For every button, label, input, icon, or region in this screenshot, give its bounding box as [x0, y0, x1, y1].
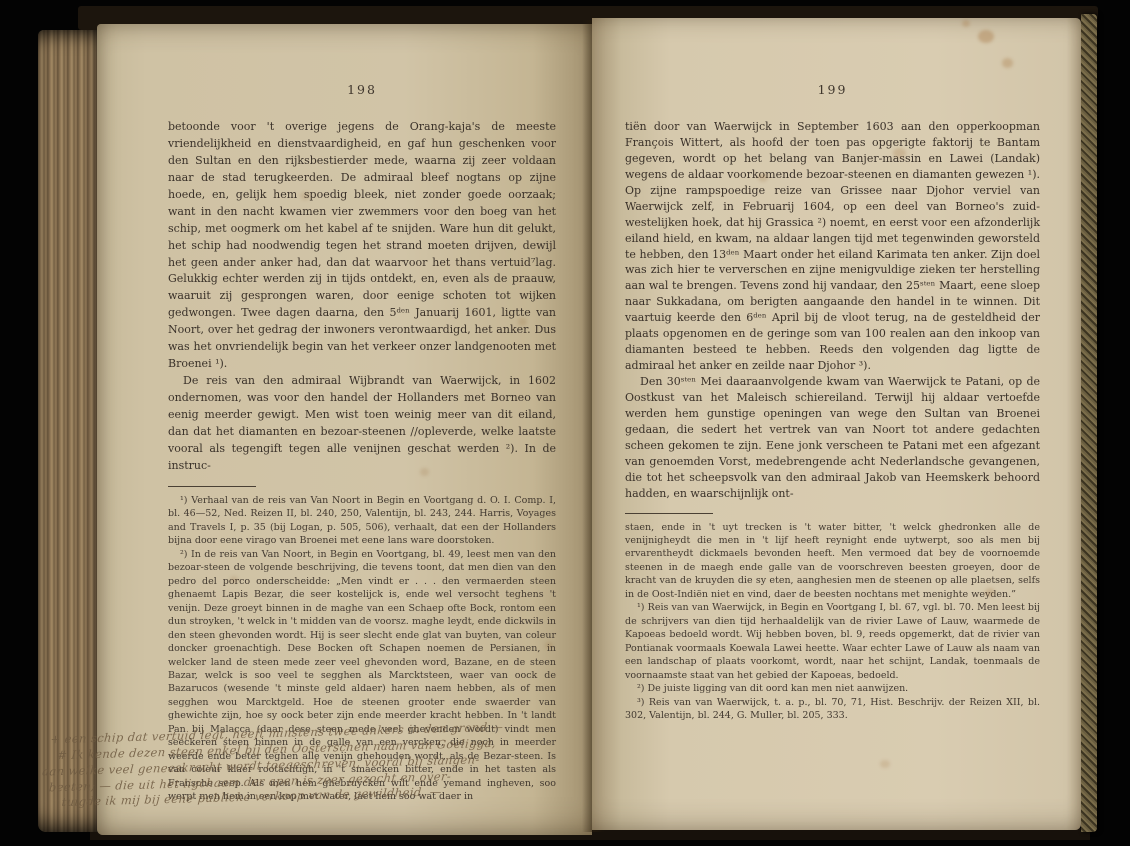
right-page: 199 tiën door van Waerwijck in September… [592, 18, 1081, 830]
body-paragraph: De reis van den admiraal Wijbrandt van W… [168, 373, 556, 475]
footnote-separator-rule [168, 486, 256, 487]
foxing-stain [985, 588, 995, 597]
foxing-stain [700, 305, 708, 313]
foxing-stain [893, 148, 906, 158]
handwritten-annotation: + een schip dat vertuid legt, heeft mins… [45, 720, 506, 812]
foxing-stain [230, 576, 238, 583]
foxing-stain [880, 760, 890, 768]
foxing-stain [758, 173, 768, 182]
right-page-footnotes: staen, ende in 't uyt trecken is 't wate… [625, 521, 1040, 723]
footnote: ²) De juiste ligging van dit oord kan me… [625, 682, 1040, 695]
body-paragraph: tiën door van Waerwijck in September 160… [625, 119, 1040, 374]
footnote-continuation: staen, ende in 't uyt trecken is 't wate… [625, 521, 1040, 602]
book-photo: 198 betoonde voor 't overige jegens de O… [0, 0, 1130, 846]
footnote: ¹) Reis van van Waerwijck, in Begin en V… [625, 601, 1040, 682]
footnote-separator-rule [625, 513, 713, 514]
page-number-right: 199 [625, 82, 1040, 97]
foxing-stain [518, 318, 527, 326]
left-page-body: betoonde voor 't overige jegens de Orang… [168, 119, 556, 475]
footnote: ¹) Verhaal van de reis van Van Noort in … [168, 494, 556, 548]
book-cover-right-edge [1081, 14, 1097, 832]
foxing-stain [545, 642, 553, 649]
right-page-body: tiën door van Waerwijck in September 160… [625, 119, 1040, 502]
page-stack-fore-edge [38, 30, 98, 832]
body-paragraph: betoonde voor 't overige jegens de Orang… [168, 119, 556, 373]
foxing-stain [962, 20, 970, 27]
body-paragraph: Den 30ˢᵗᵉⁿ Mei daaraanvolgende kwam van … [625, 374, 1040, 502]
page-number-left: 198 [168, 82, 556, 97]
foxing-stain [420, 468, 429, 476]
left-page: 198 betoonde voor 't overige jegens de O… [97, 24, 592, 835]
foxing-stain [978, 30, 994, 43]
foxing-stain [1002, 58, 1013, 68]
footnote: ³) Reis van van Waerwijck, t. a. p., bl.… [625, 696, 1040, 723]
foxing-stain [300, 192, 310, 200]
